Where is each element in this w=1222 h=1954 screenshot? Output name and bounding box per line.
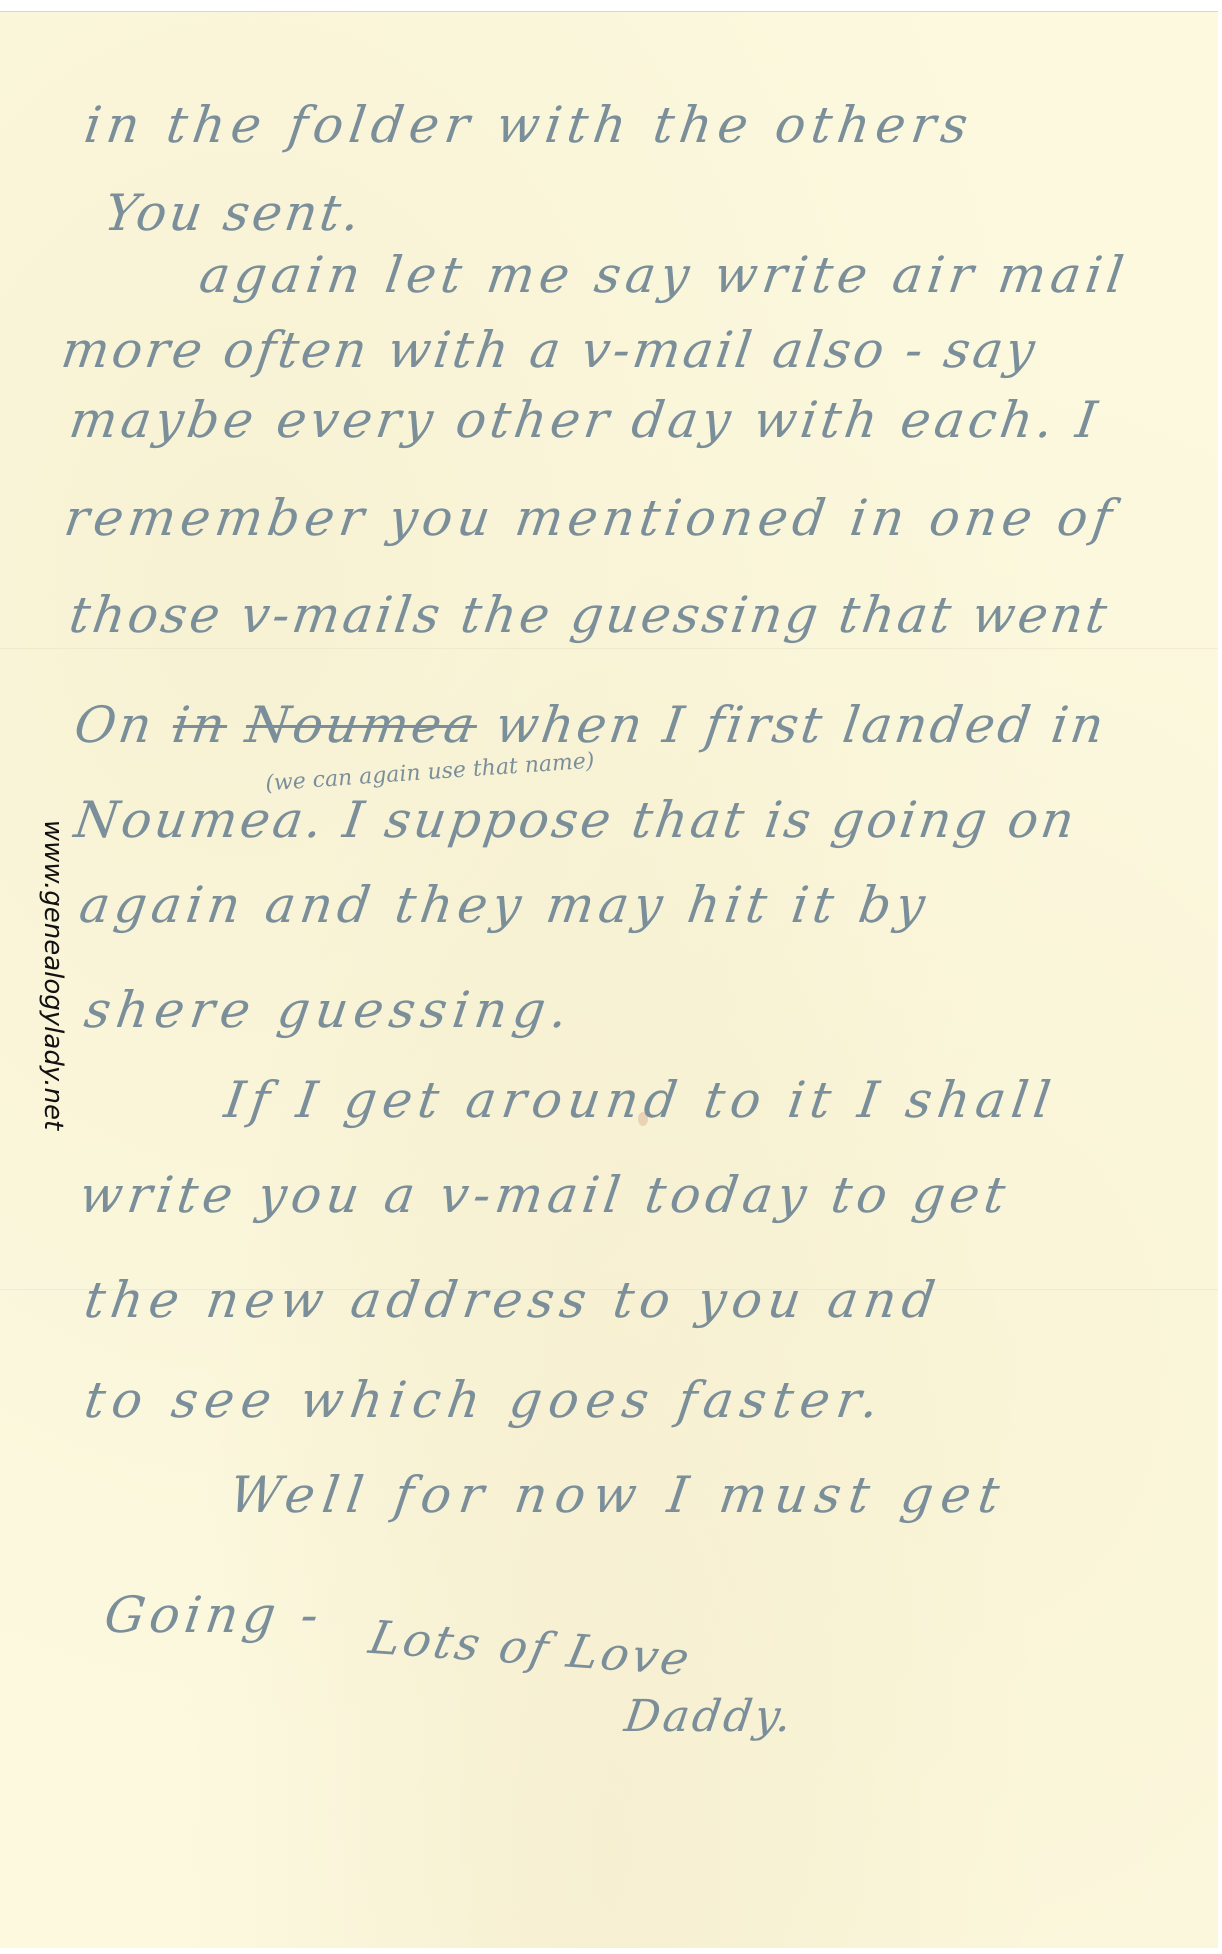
letter-line: again let me say write air mail <box>196 250 1131 300</box>
struck-word: Noumea <box>242 696 481 754</box>
letter-line: Well for now I must get <box>226 1470 1010 1520</box>
letter-line: more often with a v-mail also - say <box>58 325 1040 375</box>
letter-line: maybe every other day with each. I <box>66 395 1103 445</box>
letter-line: in the folder with the others <box>81 100 976 150</box>
signature: Daddy. <box>622 1695 797 1739</box>
letter-line: those v-mails the guessing that went <box>66 590 1112 640</box>
letter-line: again and they may hit it by <box>76 880 932 930</box>
fold-crease <box>0 648 1218 650</box>
letter-line: the new address to you and <box>81 1275 943 1325</box>
letter-line: If I get around to it I shall <box>221 1075 1059 1125</box>
letter-line: remember you mentioned in one of <box>61 493 1119 543</box>
letter-line: to see which goes faster. <box>81 1375 888 1425</box>
letter-line-with-strikes: On in Noumea when I first landed in <box>71 700 1109 750</box>
letter-line: shere guessing. <box>81 985 576 1035</box>
letter-line: You sent. <box>101 188 365 238</box>
watermark: www.genealogylady.net <box>38 790 68 1160</box>
letter-line: Going - <box>101 1590 326 1640</box>
letter-line: write you a v-mail today to get <box>76 1170 1013 1220</box>
letter-line: Noumea. I suppose that is going on <box>71 795 1080 845</box>
struck-word: in <box>169 696 231 754</box>
